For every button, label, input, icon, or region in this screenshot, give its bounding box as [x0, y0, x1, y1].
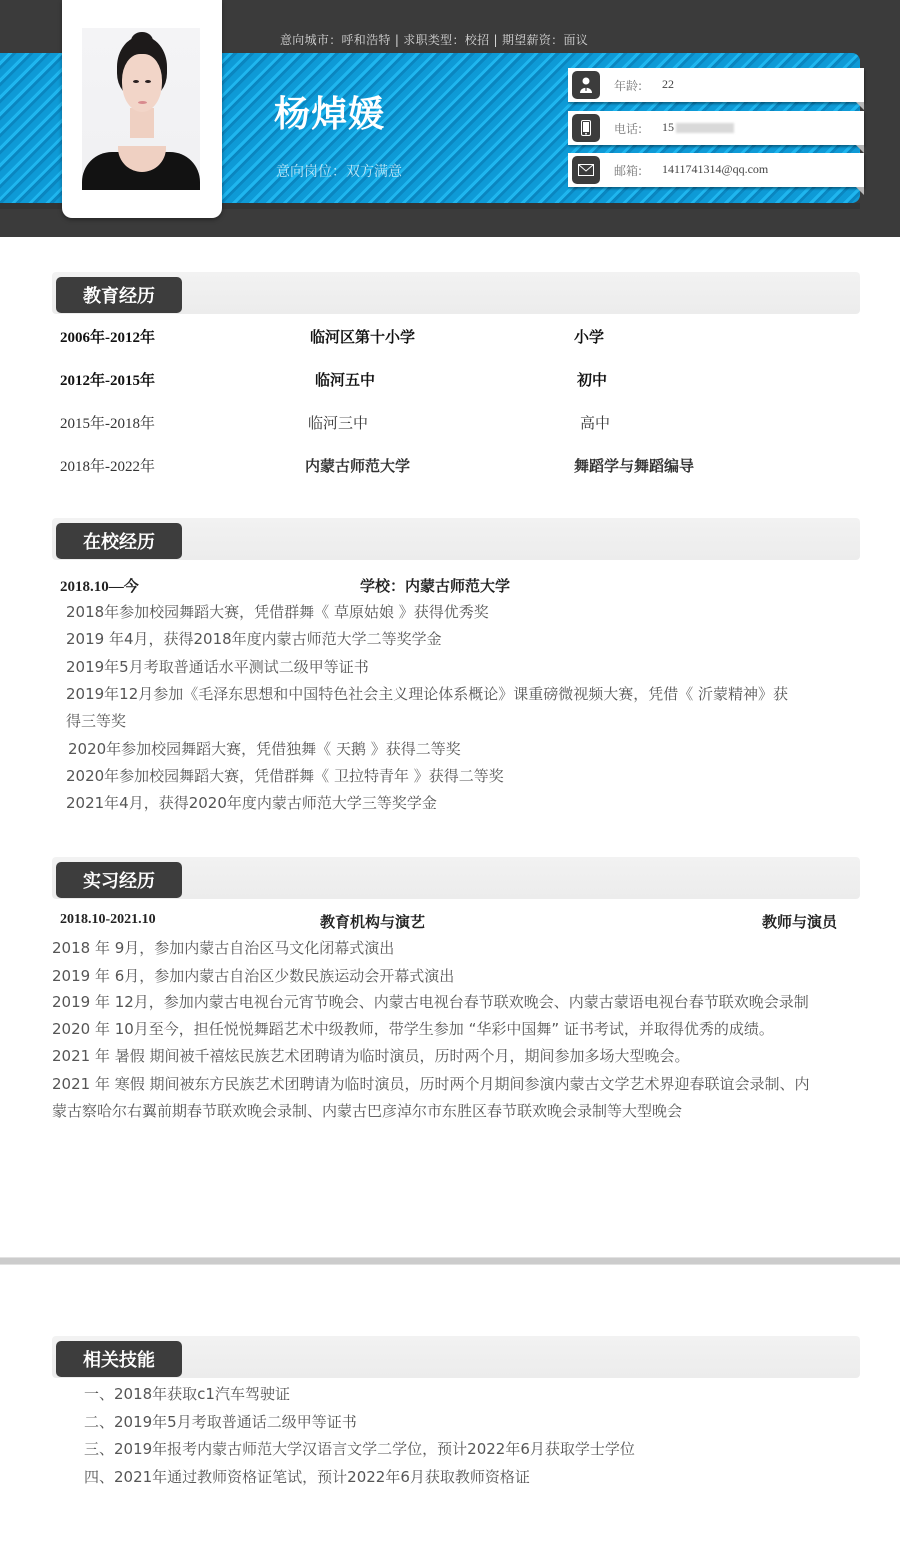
edu-level: 小学	[574, 326, 604, 347]
education-row: 2012年-2015年 临河五中 初中	[60, 369, 860, 393]
info-email: 邮箱: 1411741314@qq.com	[568, 153, 864, 187]
page-divider	[0, 1257, 900, 1265]
internship-item: 2021 年 暑假 期间被千禧炫民族艺术团聘请为临时演员，历时两个月，期间参加多…	[52, 1045, 689, 1066]
edu-school: 临河三中	[308, 412, 368, 433]
education-row: 2006年-2012年 临河区第十小学 小学	[60, 326, 860, 350]
email-value: 1411741314@qq.com	[662, 162, 768, 177]
campus-period: 2018.10—今	[60, 575, 139, 596]
phone-icon	[572, 114, 600, 142]
phone-value: 15	[662, 120, 734, 135]
internship-item: 2019 年 6月，参加内蒙古自治区少数民族运动会开幕式演出	[52, 965, 454, 986]
internship-section-title: 实习经历	[56, 862, 182, 898]
skill-item: 一、2018年获取c1汽车驾驶证	[84, 1383, 290, 1404]
email-label: 邮箱:	[614, 162, 642, 179]
age-label: 年龄:	[614, 77, 642, 94]
job-preferences: 意向城市：呼和浩特 | 求职类型：校招 | 期望薪资：面议	[280, 31, 588, 48]
avatar-photo	[82, 28, 200, 190]
campus-item: 2021年4月，获得2020年度内蒙古师范大学三等奖学金	[66, 792, 437, 813]
desired-position: 意向岗位：双方满意	[276, 161, 402, 181]
edu-period: 2012年-2015年	[60, 369, 155, 390]
skill-item: 三、2019年报考内蒙古师范大学汉语言文学二学位，预计2022年6月获取学士学位	[84, 1438, 635, 1459]
campus-item: 2019年12月参加《毛泽东思想和中国特色社会主义理论体系概论》课重磅微视频大赛…	[66, 683, 788, 704]
info-phone: 电话: 15	[568, 111, 864, 145]
edu-school: 临河区第十小学	[310, 326, 415, 347]
candidate-name: 杨焯媛	[274, 86, 385, 137]
edu-period: 2006年-2012年	[60, 326, 155, 347]
person-icon	[572, 71, 600, 99]
edu-level: 高中	[580, 412, 610, 433]
internship-item: 2018 年 9月，参加内蒙古自治区马文化闭幕式演出	[52, 937, 394, 958]
education-section-title: 教育经历	[56, 277, 182, 313]
campus-item: 2020年参加校园舞蹈大赛，凭借独舞《 天鹅 》获得二等奖	[68, 738, 461, 759]
internship-role: 教师与演员	[762, 911, 837, 932]
edu-level: 初中	[577, 369, 607, 390]
campus-item: 2019 年4月，获得2018年度内蒙古师范大学二等奖学金	[66, 628, 442, 649]
phone-redacted	[676, 123, 734, 133]
edu-school: 内蒙古师范大学	[305, 455, 410, 476]
phone-prefix: 15	[662, 120, 674, 134]
skill-item: 四、2021年通过教师资格证笔试，预计2022年6月获取教师资格证	[84, 1466, 530, 1487]
edu-school: 临河五中	[315, 369, 375, 390]
edu-period: 2018年-2022年	[60, 455, 155, 476]
edu-level: 舞蹈学与舞蹈编导	[574, 455, 694, 476]
mail-icon	[572, 156, 600, 184]
edu-period: 2015年-2018年	[60, 412, 155, 433]
campus-item-continued: 得三等奖	[66, 710, 126, 731]
internship-item: 2021 年 寒假 期间被东方民族艺术团聘请为临时演员，历时两个月期间参演内蒙古…	[52, 1073, 809, 1094]
education-row: 2015年-2018年 临河三中 高中	[60, 412, 860, 436]
internship-org: 教育机构与演艺	[320, 911, 425, 932]
campus-school: 学校：内蒙古师范大学	[360, 575, 510, 596]
internship-period: 2018.10-2021.10	[60, 912, 156, 928]
photo-card	[62, 0, 222, 218]
skills-section-title: 相关技能	[56, 1341, 182, 1377]
education-row: 2018年-2022年 内蒙古师范大学 舞蹈学与舞蹈编导	[60, 455, 860, 479]
internship-item: 2020 年 10月至今，担任悦悦舞蹈艺术中级教师，带学生参加 “华彩中国舞” …	[52, 1018, 774, 1039]
resume-header: 意向城市：呼和浩特 | 求职类型：校招 | 期望薪资：面议 杨焯媛 意向岗位：双…	[0, 0, 900, 237]
age-value: 22	[662, 77, 674, 92]
campus-section-title: 在校经历	[56, 523, 182, 559]
internship-item-continued: 蒙古察哈尔右翼前期春节联欢晚会录制、内蒙古巴彦淖尔市东胜区春节联欢晚会录制等大型…	[52, 1100, 682, 1121]
campus-item: 2020年参加校园舞蹈大赛，凭借群舞《 卫拉特青年 》获得二等奖	[66, 765, 504, 786]
skill-item: 二、2019年5月考取普通话二级甲等证书	[84, 1411, 357, 1432]
phone-label: 电话:	[614, 120, 642, 137]
info-age: 年龄: 22	[568, 68, 864, 102]
campus-item: 2018年参加校园舞蹈大赛，凭借群舞《 草原姑娘 》获得优秀奖	[66, 601, 489, 622]
campus-item: 2019年5月考取普通话水平测试二级甲等证书	[66, 656, 369, 677]
internship-item: 2019 年 12月，参加内蒙古电视台元宵节晚会、内蒙古电视台春节联欢晚会、内蒙…	[52, 991, 809, 1012]
